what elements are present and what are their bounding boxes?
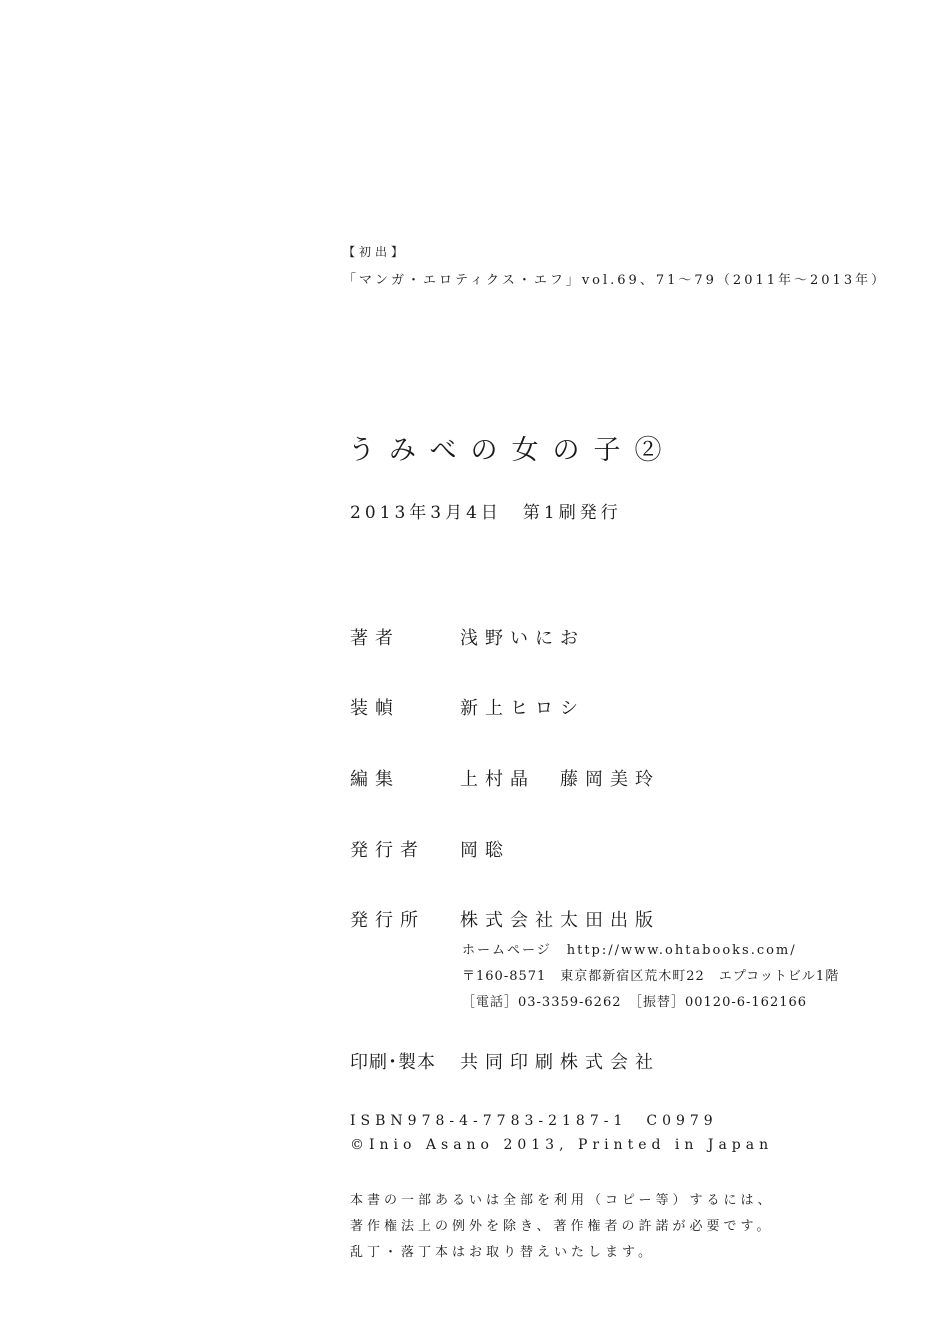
credit-value-author: 浅野いにお [460, 624, 585, 650]
credit-label-editor: 編集 [350, 765, 400, 791]
publisher-phone: ［電話］03-3359-6262 ［振替］00120-6-162166 [462, 991, 807, 1010]
credit-label-author: 著者 [350, 624, 400, 650]
credit-value-publisher-person: 岡聡 [460, 836, 510, 862]
credit-value-editor: 上村晶 藤岡美玲 [460, 765, 660, 791]
isbn: ISBN978-4-7783-2187-1 C0979 [350, 1110, 718, 1130]
credit-label-design: 装幀 [350, 694, 400, 720]
credit-value-design: 新上ヒロシ [460, 694, 585, 720]
publisher-address: 〒160-8571 東京都新宿区荒木町22 エプコットビル1階 [462, 965, 839, 984]
credit-value-publisher: 株式会社太田出版 [460, 906, 660, 932]
book-title: うみべの女の子② [348, 428, 675, 467]
first-appearance-source: 「マンガ・エロティクス・エフ」vol.69、71〜79（2011年〜2013年） [343, 269, 887, 288]
credit-label-publisher: 発行所 [350, 906, 425, 932]
publisher-homepage[interactable]: ホームページ http://www.ohtabooks.com/ [462, 939, 797, 958]
printing-label: 印刷･製本 [350, 1048, 436, 1074]
notice-line-1: 本書の一部あるいは全部を利用（コピー等）するには、 [350, 1189, 774, 1208]
publication-date: 2013年3月4日 第1刷発行 [350, 498, 622, 523]
printing-value: 共同印刷株式会社 [460, 1048, 660, 1074]
notice-line-2: 著作権法上の例外を除き、著作権者の許諾が必要です。 [350, 1215, 773, 1234]
credit-label-publisher-person: 発行者 [350, 836, 425, 862]
first-appearance-label: 【初出】 [343, 243, 407, 260]
notice-line-3: 乱丁・落丁本はお取り替えいたします。 [350, 1241, 655, 1260]
copyright: ©Inio Asano 2013, Printed in Japan [350, 1137, 773, 1153]
